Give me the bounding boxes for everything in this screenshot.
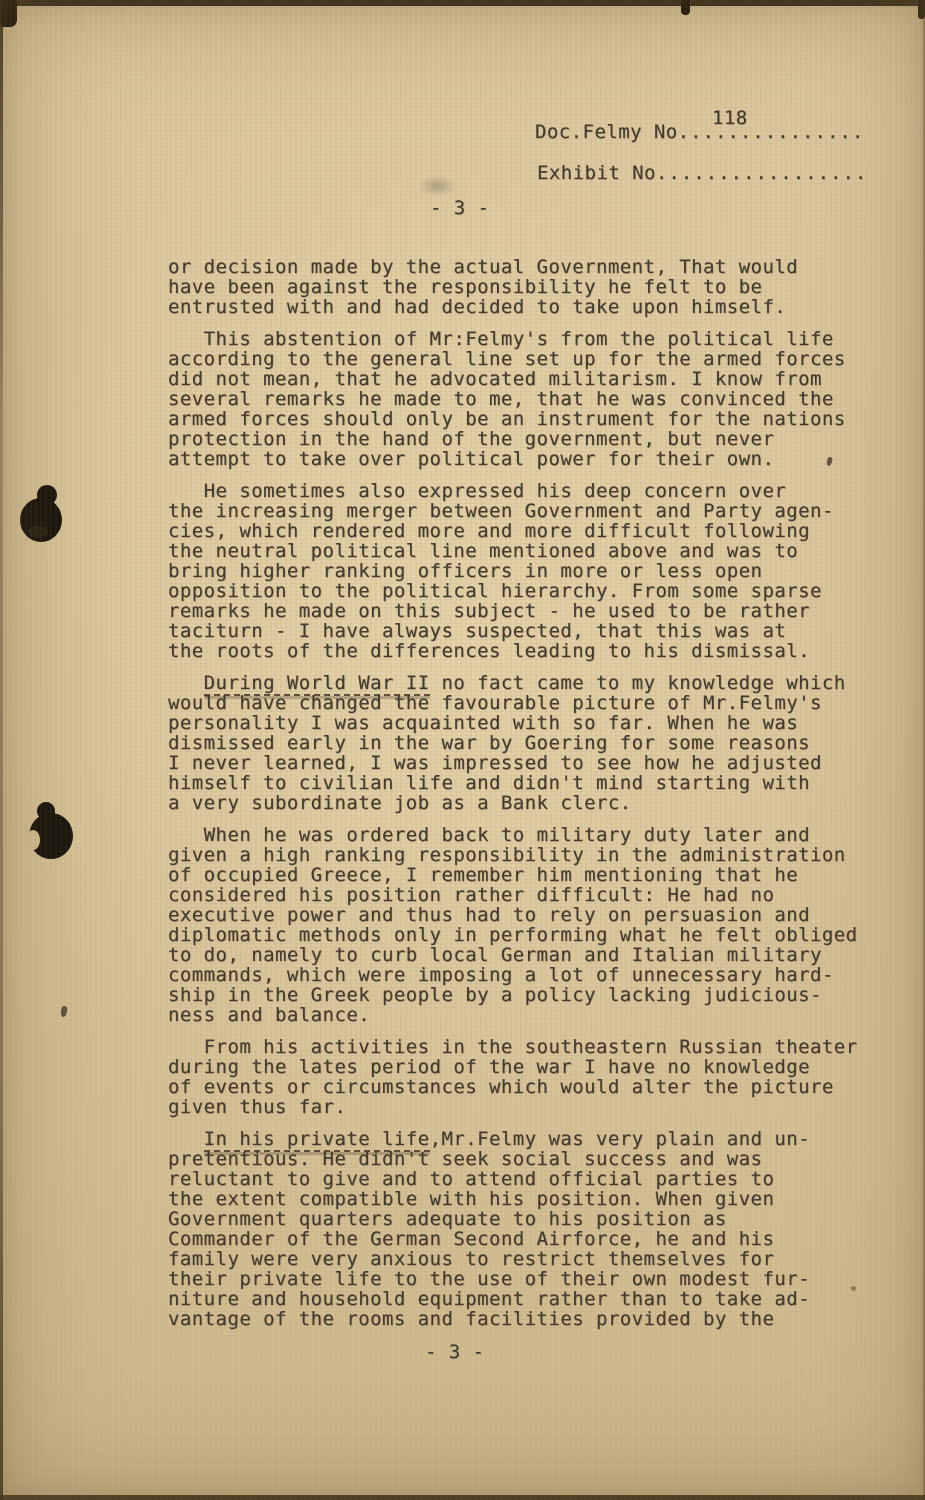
page-number-bottom: - 3 -	[425, 1342, 484, 1362]
paragraph-indent	[168, 480, 204, 502]
scan-edge-top	[0, 0, 925, 6]
paragraph-text: no fact came to my knowledge which would…	[168, 672, 846, 814]
scan-edge-bottom	[0, 1495, 925, 1500]
exhibit-dots: .................	[656, 162, 867, 184]
paragraph-text: or decision made by the actual Governmen…	[168, 256, 798, 318]
paragraph-text: This abstention of Mr:Felmy's from the p…	[168, 328, 846, 470]
scan-edge-left	[0, 0, 3, 1500]
punch-hole-bottom	[24, 800, 78, 864]
paragraph-text: ,Mr.Felmy was very plain and un- pretent…	[168, 1128, 810, 1330]
paragraph-indent	[168, 1128, 204, 1150]
doc-number-label: Doc.Felmy No	[535, 121, 678, 143]
doc-number-dots: ...............	[678, 121, 865, 143]
paragraph: This abstention of Mr:Felmy's from the p…	[168, 329, 880, 469]
scanned-document-page: 118 Doc.Felmy No............... Exhibit …	[0, 0, 925, 1500]
paragraph-text: From his activities in the southeastern …	[168, 1036, 858, 1118]
exhibit-number-line: Exhibit No.................	[537, 163, 867, 183]
paragraph-text: When he was ordered back to military dut…	[168, 824, 858, 1026]
paragraph: During World War II no fact came to my k…	[168, 673, 880, 813]
paragraph: or decision made by the actual Governmen…	[168, 257, 880, 317]
scan-smudge	[412, 172, 462, 200]
paragraph-text: He sometimes also expressed his deep con…	[168, 480, 834, 662]
paragraph-indent	[168, 1036, 204, 1058]
document-body: or decision made by the actual Governmen…	[168, 257, 880, 1341]
paragraph-indent	[168, 328, 204, 350]
paragraph: In his private life,Mr.Felmy was very pl…	[168, 1129, 880, 1329]
page-number-top: - 3 -	[430, 198, 489, 218]
paragraph: He sometimes also expressed his deep con…	[168, 481, 880, 661]
paragraph: When he was ordered back to military dut…	[168, 825, 880, 1025]
scan-top-mark	[681, 0, 690, 15]
paragraph: From his activities in the southeastern …	[168, 1037, 880, 1117]
punch-hole-top	[16, 480, 68, 546]
doc-number-line: Doc.Felmy No...............	[535, 122, 864, 142]
scan-speck	[60, 1006, 68, 1018]
paragraph-indent	[168, 672, 204, 694]
paragraph-indent	[168, 824, 204, 846]
exhibit-label: Exhibit No	[537, 162, 656, 184]
